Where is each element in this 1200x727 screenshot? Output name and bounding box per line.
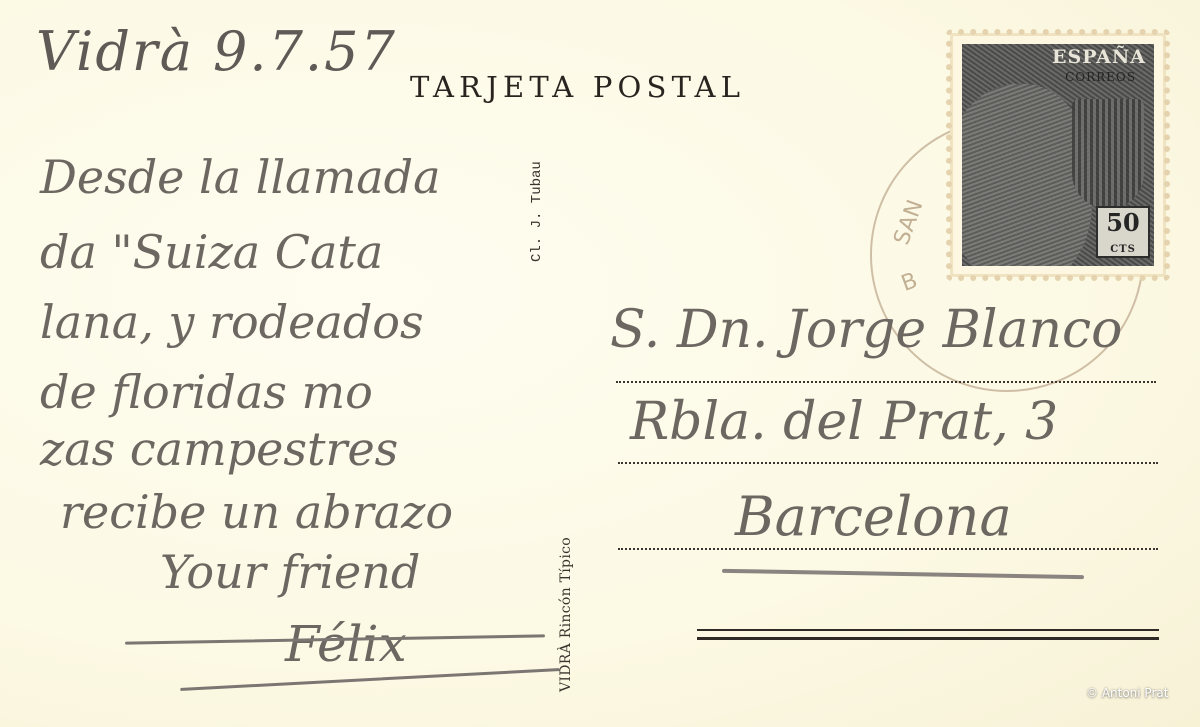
handwritten-place-date: Vidrà 9.7.57	[36, 20, 397, 83]
card-title: TARJETA POSTAL	[410, 70, 745, 104]
coat-of-arms-icon	[1072, 99, 1144, 209]
city-underline	[722, 569, 1084, 579]
photo-caption: VIDRÀ Rincón Típico	[558, 537, 574, 692]
stamp-denomination: 50 CTS	[1096, 206, 1150, 258]
watermark: © Antoni Prat	[1086, 686, 1168, 700]
message-line: lana, y rodeados	[40, 295, 424, 349]
message-line: recibe un abrazo	[60, 485, 453, 539]
photographer-credit: Cl. J. Tubau	[529, 161, 545, 262]
signature: Félix	[285, 615, 407, 673]
address-line-1	[616, 381, 1156, 383]
message-line: zas campestres	[40, 422, 398, 476]
address-line-3	[618, 548, 1158, 550]
stamp-value: 50	[1098, 208, 1148, 237]
postmark-text-top: SAN	[889, 197, 928, 249]
stamp-image: ESPAÑA CORREOS 50 CTS	[962, 44, 1154, 266]
stamp-country: ESPAÑA	[1052, 46, 1146, 68]
message-closing: Your friend	[160, 545, 420, 599]
postmark-text-bottom: B	[898, 268, 921, 297]
stamp-subtitle: CORREOS	[1065, 70, 1136, 84]
rule-line	[697, 637, 1159, 640]
postcard-back: Vidrà 9.7.57 TARJETA POSTAL Desde la lla…	[0, 0, 1200, 727]
rule-line	[697, 629, 1159, 631]
address-recipient: S. Dn. Jorge Blanco	[610, 300, 1122, 360]
postage-stamp: ESPAÑA CORREOS 50 CTS	[950, 33, 1166, 277]
address-line-2	[618, 462, 1158, 464]
address-street: Rbla. del Prat, 3	[630, 392, 1058, 452]
address-city: Barcelona	[735, 485, 1012, 548]
message-line: da "Suiza Cata	[40, 225, 383, 279]
message-line: Desde la llamada	[40, 150, 441, 204]
stamp-unit: CTS	[1098, 244, 1148, 255]
message-line: de floridas mo	[40, 365, 373, 419]
